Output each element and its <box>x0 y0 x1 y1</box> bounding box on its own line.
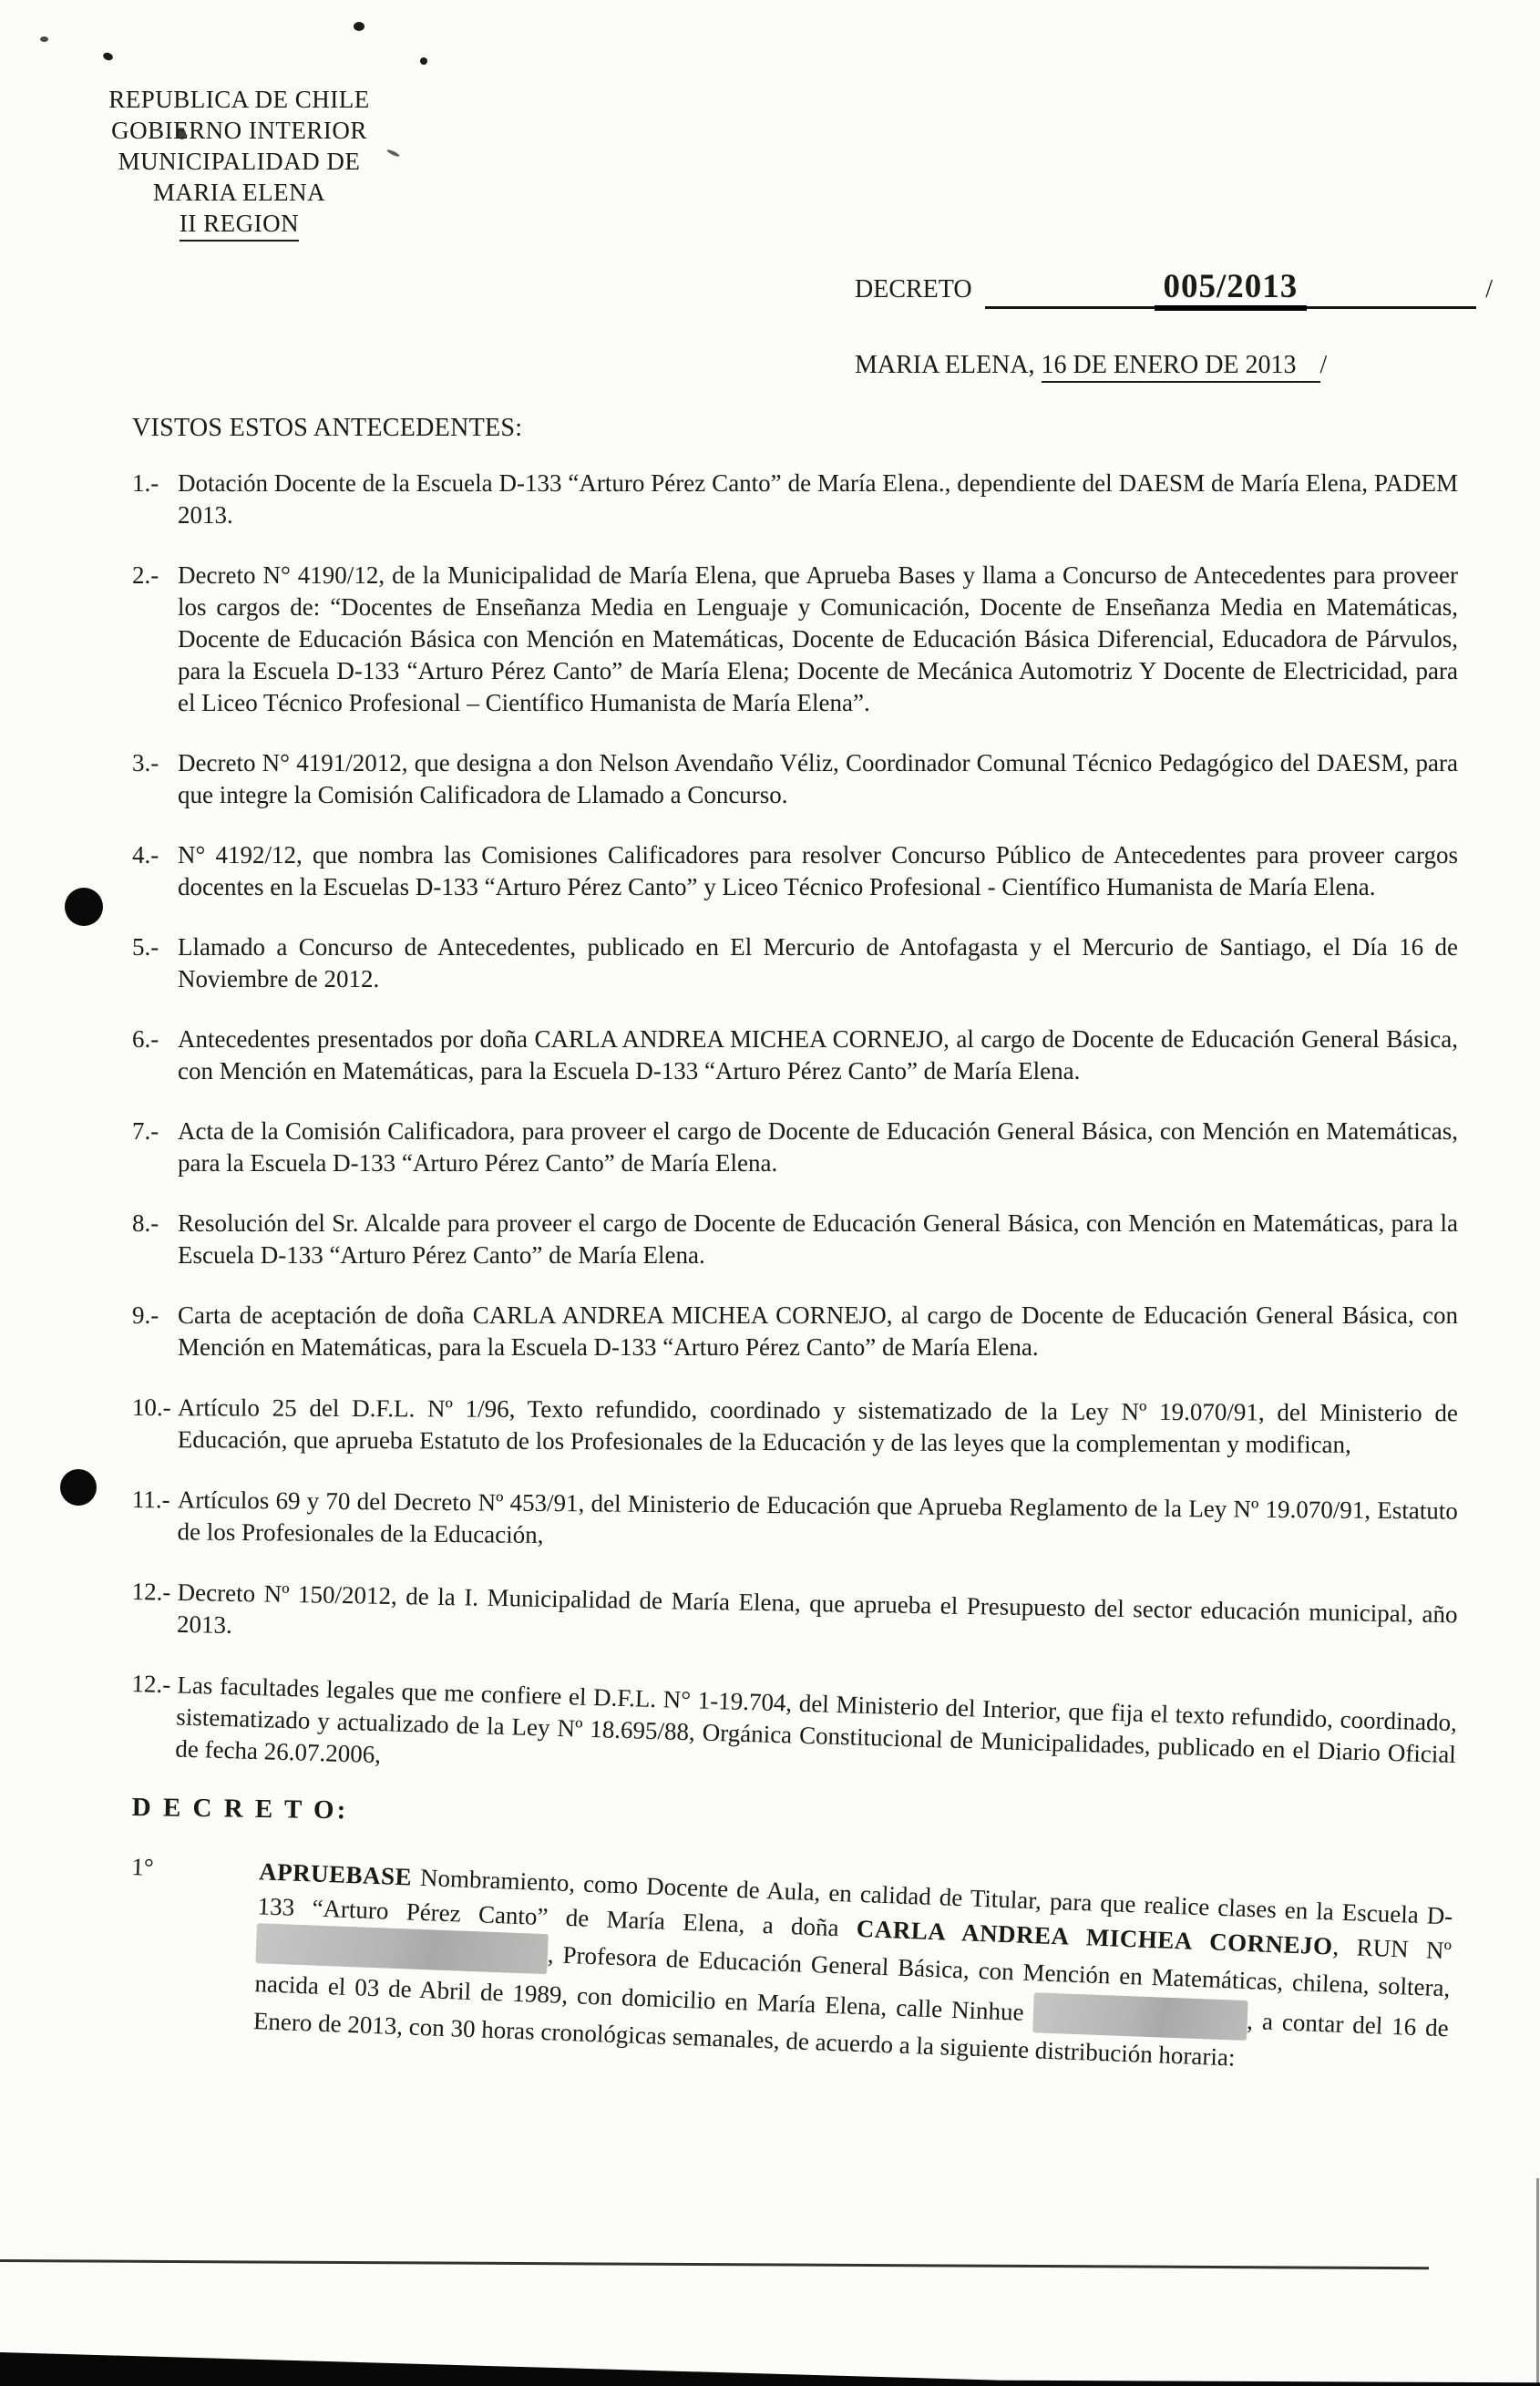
item-number: 9.- <box>132 1300 178 1363</box>
scan-speckle <box>354 22 364 31</box>
letterhead: REPUBLICA DE CHILE GOBIERNO INTERIOR MUN… <box>87 84 392 242</box>
decree-header: DECRETO 005/2013 / MARIA ELENA, 16 DE EN… <box>855 269 1493 383</box>
item-text: Dotación Docente de la Escuela D-133 “Ar… <box>178 468 1458 531</box>
scan-page-edge <box>1536 2178 1539 2386</box>
decree-number-underline: 005/2013 <box>985 269 1477 309</box>
vistos-item: 1.-Dotación Docente de la Escuela D-133 … <box>132 468 1458 531</box>
item-text: Carta de aceptación de doña CARLA ANDREA… <box>178 1300 1458 1363</box>
decree-date-row: MARIA ELENA, 16 DE ENERO DE 2013/ <box>855 351 1493 383</box>
redaction-block <box>1032 1992 1247 2041</box>
item-text: Decreto N° 4191/2012, que designa a don … <box>178 747 1458 811</box>
item-number: 5.- <box>132 931 178 995</box>
item-text: Resolución del Sr. Alcalde para proveer … <box>178 1208 1458 1271</box>
item-text: Las facultades legales que me confiere e… <box>175 1669 1457 1803</box>
scan-speckle <box>40 36 48 42</box>
vistos-item: 7.-Acta de la Comisión Calificadora, par… <box>132 1116 1458 1179</box>
item-text: N° 4192/12, que nombra las Comisiones Ca… <box>178 839 1458 903</box>
item-text: Acta de la Comisión Calificadora, para p… <box>178 1116 1458 1179</box>
letterhead-region: II REGION <box>180 208 299 242</box>
decree-place: MARIA ELENA, <box>855 351 1042 379</box>
decree-slash: / <box>1476 275 1493 304</box>
vistos-item: 12.-Las facultades legales que me confie… <box>129 1668 1457 1803</box>
item-text: Artículos 69 y 70 del Decreto Nº 453/91,… <box>177 1484 1458 1558</box>
letterhead-line: II REGION <box>87 208 392 242</box>
item-number: 7.- <box>132 1116 178 1179</box>
item-number: 6.- <box>132 1023 178 1087</box>
item-number: 4.- <box>132 839 178 903</box>
item-text: Llamado a Concurso de Antecedentes, publ… <box>178 931 1458 995</box>
resolution-bold-text: APRUEBASE <box>259 1857 413 1890</box>
item-number: 1.- <box>132 468 178 531</box>
vistos-item: 6.-Antecedentes presentados por doña CAR… <box>132 1023 1458 1087</box>
item-number: 12.- <box>129 1668 178 1764</box>
item-number: 12.- <box>131 1576 178 1640</box>
letterhead-line: MARIA ELENA <box>87 177 392 208</box>
item-number: 3.- <box>132 747 178 811</box>
punch-hole-mark <box>60 1469 97 1506</box>
document-body: VISTOS ESTOS ANTECEDENTES: 1.-Dotación D… <box>132 412 1458 2033</box>
vistos-item: 8.-Resolución del Sr. Alcalde para prove… <box>132 1208 1458 1271</box>
item-number: 10.- <box>132 1392 178 1455</box>
vistos-item: 3.-Decreto N° 4191/2012, que designa a d… <box>132 747 1458 811</box>
scan-speckle <box>102 51 114 61</box>
letterhead-line: MUNICIPALIDAD DE <box>87 146 392 177</box>
vistos-item: 4.-N° 4192/12, que nombra las Comisiones… <box>132 839 1458 903</box>
vistos-item: 2.-Decreto N° 4190/12, de la Municipalid… <box>132 560 1458 719</box>
item-number: 8.- <box>132 1208 178 1271</box>
decree-date-slash: / <box>1320 351 1328 379</box>
vistos-item: 12.-Decreto Nº 150/2012, de la I. Munici… <box>131 1576 1458 1662</box>
item-text: Decreto N° 4190/12, de la Municipalidad … <box>178 560 1458 719</box>
item-text: Artículo 25 del D.F.L. Nº 1/96, Texto re… <box>178 1392 1458 1461</box>
vistos-item: 5.-Llamado a Concurso de Antecedentes, p… <box>132 931 1458 995</box>
resolution-text: APRUEBASE Nombramiento, como Docente de … <box>252 1854 1457 2083</box>
decree-number: 005/2013 <box>1155 268 1308 311</box>
decree-label: DECRETO <box>855 275 985 304</box>
resolution-plain-text: , RUN Nº <box>1332 1933 1452 1965</box>
scanned-decree-page: REPUBLICA DE CHILE GOBIERNO INTERIOR MUN… <box>0 0 1540 2386</box>
resolution-number: 1° <box>125 1849 259 2038</box>
vistos-item: 11.-Artículos 69 y 70 del Decreto Nº 453… <box>131 1484 1458 1559</box>
letterhead-line: REPUBLICA DE CHILE <box>87 84 392 115</box>
scanner-background-wedge <box>0 2352 1540 2386</box>
item-text: Antecedentes presentados por doña CARLA … <box>178 1023 1458 1087</box>
vistos-item: 9.-Carta de aceptación de doña CARLA AND… <box>132 1300 1458 1363</box>
scan-speckle <box>420 57 427 65</box>
item-text: Decreto Nº 150/2012, de la I. Municipali… <box>177 1577 1458 1663</box>
resolution-paragraph: 1° APRUEBASE Nombramiento, como Docente … <box>125 1849 1457 2083</box>
decree-number-row: DECRETO 005/2013 / <box>855 269 1493 309</box>
item-number: 11.- <box>131 1484 178 1548</box>
punch-hole-mark <box>65 888 103 926</box>
decreto-heading: D E C R E T O: <box>132 1792 1458 1842</box>
decree-date: 16 DE ENERO DE 2013 <box>1042 351 1320 383</box>
scan-crease-line <box>0 2259 1429 2269</box>
item-number: 2.- <box>132 560 178 719</box>
vistos-items: 1.-Dotación Docente de la Escuela D-133 … <box>132 468 1458 1764</box>
redaction-block <box>255 1923 548 1974</box>
vistos-heading: VISTOS ESTOS ANTECEDENTES: <box>132 412 1458 444</box>
letterhead-line: GOBIERNO INTERIOR <box>87 115 392 146</box>
vistos-item: 10.-Artículo 25 del D.F.L. Nº 1/96, Text… <box>132 1392 1458 1461</box>
